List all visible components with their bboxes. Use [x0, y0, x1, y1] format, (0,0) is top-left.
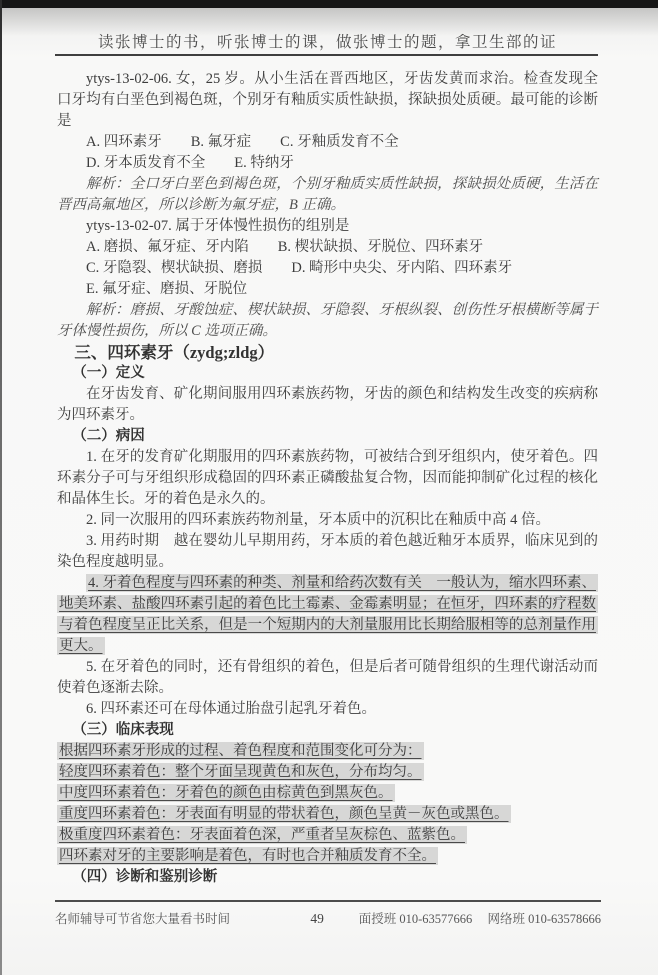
etiology-item-3: 3. 用药时期 越在婴幼儿早期用药，牙本质的着色越近釉牙本质界，临床见到的染色程…	[57, 531, 598, 573]
question-1-options-de: D. 牙本质发育不全 E. 特纳牙	[57, 153, 598, 174]
scan-top-bar	[0, 0, 658, 8]
header-slogan: 读张博士的书，听张博士的课，做张博士的题，拿卫生部的证	[57, 30, 598, 52]
footer-rule	[55, 900, 601, 902]
question-2-text: ytys-13-02-07. 属于牙体慢性损伤的组别是	[57, 216, 598, 237]
question-2-options-cd: C. 牙隐裂、楔状缺损、磨损 D. 畸形中央尖、牙内陷、四环素牙	[57, 258, 598, 279]
clinical-grade-extreme: 极重度四环素着色：牙表面着色深，严重者呈灰棕色、蓝紫色。	[57, 825, 598, 846]
clinical-grade-mild-highlight: 轻度四环素着色：整个牙面呈现黄色和灰色，分布均匀。	[57, 763, 424, 781]
question-1-options-abc: A. 四环素牙 B. 氟牙症 C. 牙釉质发育不全	[57, 132, 598, 153]
question-1-text: ytys-13-02-06. 女，25 岁。从小生活在晋西地区，牙齿发黄而求治。…	[57, 69, 598, 132]
scan-left-edge	[0, 0, 2, 975]
question-2-option-e: E. 氟牙症、磨损、牙脱位	[57, 279, 598, 300]
etiology-item-4-highlight: 4. 牙着色程度与四环素的种类、剂量和给药次数有关 一般认为，缩水四环素、地美环…	[57, 574, 598, 655]
subsection-heading-etiology: （二）病因	[57, 426, 598, 447]
clinical-grade-moderate-highlight: 中度四环素着色：牙着色的颜色由棕黄色到黑灰色。	[57, 784, 395, 802]
subsection-heading-diagnosis: （四）诊断和鉴别诊断	[57, 867, 598, 888]
question-2-analysis: 解析：磨损、牙酸蚀症、楔状缺损、牙隐裂、牙根纵裂、创伤性牙根横断等属于牙体慢性损…	[57, 300, 598, 342]
clinical-note-line: 四环素对牙的主要影响是着色，有时也合并釉质发育不全。	[57, 846, 598, 867]
clinical-note-highlight: 四环素对牙的主要影响是着色，有时也合并釉质发育不全。	[57, 847, 438, 865]
page-body: ytys-13-02-06. 女，25 岁。从小生活在晋西地区，牙齿发黄而求治。…	[57, 69, 598, 888]
clinical-grade-mild: 轻度四环素着色：整个牙面呈现黄色和灰色，分布均匀。	[57, 762, 598, 783]
page-footer: 名师辅导可节省您大量看书时间 49 面授班 010-63577666 网络班 0…	[55, 900, 601, 927]
footer-slogan: 名师辅导可节省您大量看书时间	[55, 909, 284, 927]
definition-paragraph: 在牙齿发育、矿化期间服用四环素族药物，牙齿的颜色和结构发生改变的疾病称为四环素牙…	[57, 384, 598, 426]
clinical-intro-line: 根据四环素牙形成的过程、着色程度和范围变化可分为：	[57, 741, 598, 762]
header-rule	[55, 54, 598, 56]
etiology-item-6: 6. 四环素还可在母体通过胎盘引起乳牙着色。	[57, 699, 598, 720]
footer-onsite-phone: 面授班 010-63577666	[359, 912, 473, 926]
etiology-item-1: 1. 在牙的发育矿化期服用的四环素族药物，可被结合到牙组织内，使牙着色。四环素分…	[57, 447, 598, 510]
section-heading: 三、四环素牙（zydg;zldg）	[57, 342, 598, 363]
footer-online-phone: 网络班 010-63578666	[487, 912, 601, 926]
clinical-grade-moderate: 中度四环素着色：牙着色的颜色由棕黄色到黑灰色。	[57, 783, 598, 804]
subsection-heading-clinical: （三）临床表现	[57, 720, 598, 741]
clinical-grade-severe: 重度四环素着色：牙表面有明显的带状着色，颜色呈黄－灰色或黑色。	[57, 804, 598, 825]
clinical-grade-extreme-highlight: 极重度四环素着色：牙表面着色深，严重者呈灰棕色、蓝紫色。	[57, 826, 467, 844]
footer-contacts: 面授班 010-63577666 网络班 010-63578666	[350, 909, 601, 927]
question-1-analysis: 解析：全口牙白垩色到褐色斑，个别牙釉质实质性缺损，探缺损处质硬，生活在晋西高氟地…	[57, 174, 598, 216]
subsection-heading-definition: （一）定义	[57, 363, 598, 384]
etiology-item-4: 4. 牙着色程度与四环素的种类、剂量和给药次数有关 一般认为，缩水四环素、地美环…	[57, 573, 598, 657]
footer-page-number: 49	[284, 911, 350, 927]
question-2-options-ab: A. 磨损、氟牙症、牙内陷 B. 楔状缺损、牙脱位、四环素牙	[57, 237, 598, 258]
etiology-item-5: 5. 在牙着色的同时，还有骨组织的着色，但是后者可随骨组织的生理代谢活动而使着色…	[57, 657, 598, 699]
clinical-grade-severe-highlight: 重度四环素着色：牙表面有明显的带状着色，颜色呈黄－灰色或黑色。	[57, 805, 511, 823]
clinical-intro-highlight: 根据四环素牙形成的过程、着色程度和范围变化可分为：	[57, 742, 424, 760]
etiology-item-2: 2. 同一次服用的四环素族药物剂量，牙本质中的沉积比在釉质中高 4 倍。	[57, 510, 598, 531]
